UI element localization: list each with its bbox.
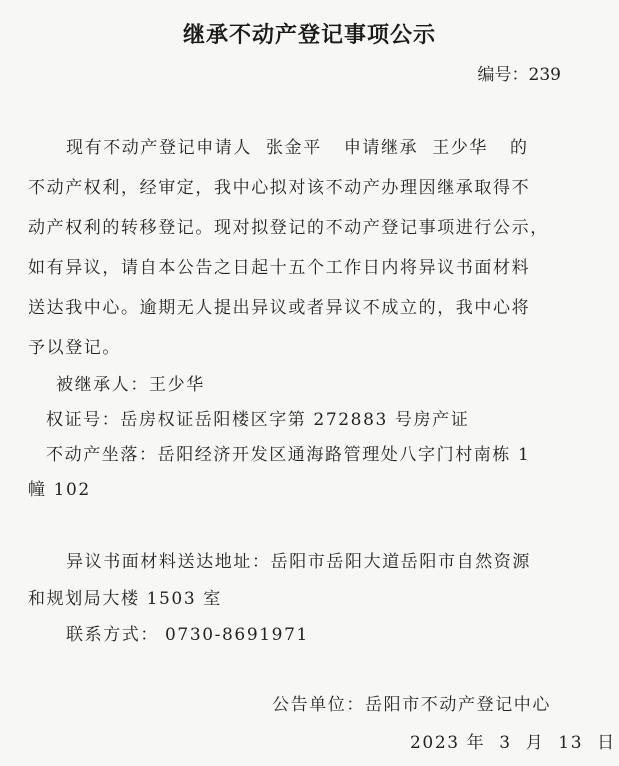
objection-address-row: 异议书面材料送达地址：岳阳市岳阳大道岳阳市自然资源 [66, 547, 531, 572]
issuer-label: 公告单位： [272, 695, 365, 715]
issue-date: 2023 年 3 月 13 日 [410, 728, 616, 753]
applicant-name: 张金平 [266, 138, 322, 158]
serial-label: 编号： [478, 65, 529, 85]
decedent-row: 被继承人：王少华 [56, 370, 205, 395]
location-row: 不动产坐落：岳阳经济开发区通海路管理处八字门村南栋 1 [46, 440, 530, 465]
serial-number: 编号：239 [478, 60, 561, 85]
objection-address-value: 岳阳市岳阳大道岳阳市自然资源 [271, 552, 531, 572]
issuer-name: 岳阳市不动产登记中心 [365, 695, 551, 715]
objection-address-cont: 和规划局大楼 1503 室 [28, 584, 222, 609]
decedent-name: 王少华 [432, 138, 488, 158]
objection-address-label: 异议书面材料送达地址： [66, 552, 271, 572]
contact-row: 联系方式：0730-8691971 [66, 620, 309, 645]
body-line-1: 现有不动产登记申请人张金平申请继承王少华的 [66, 133, 529, 158]
certificate-label: 权证号： [46, 410, 120, 430]
decedent-label: 被继承人： [56, 375, 149, 395]
serial-value: 239 [529, 65, 561, 85]
certificate-value: 岳房权证岳阳楼区字第 272883 号房产证 [120, 410, 469, 430]
body-line-6: 予以登记。 [28, 333, 121, 358]
body-line-4: 如有异议，请自本公告之日起十五个工作日内将异议书面材料 [28, 253, 530, 278]
location-label: 不动产坐落： [46, 445, 158, 465]
location-value: 岳阳经济开发区通海路管理处八字门村南栋 1 [158, 445, 531, 465]
document-title: 继承不动产登记事项公示 [0, 18, 619, 49]
contact-phone: 0730-8691971 [165, 625, 309, 645]
issuer-row: 公告单位：岳阳市不动产登记中心 [272, 690, 551, 715]
body-line-5: 送达我中心。逾期无人提出异议或者异议不成立的，我中心将 [28, 293, 530, 318]
location-row-cont: 幢 102 [28, 475, 91, 500]
body-text: 的 [510, 138, 529, 158]
body-text: 申请继承 [344, 138, 418, 158]
contact-label: 联系方式： [66, 625, 159, 645]
body-line-2: 不动产权利，经审定，我中心拟对该不动产办理因继承取得不 [28, 173, 530, 198]
body-line-3: 动产权利的转移登记。现对拟登记的不动产登记事项进行公示， [28, 213, 549, 238]
body-text: 现有不动产登记申请人 [66, 138, 252, 158]
decedent-value: 王少华 [149, 375, 205, 395]
certificate-row: 权证号：岳房权证岳阳楼区字第 272883 号房产证 [46, 405, 469, 430]
